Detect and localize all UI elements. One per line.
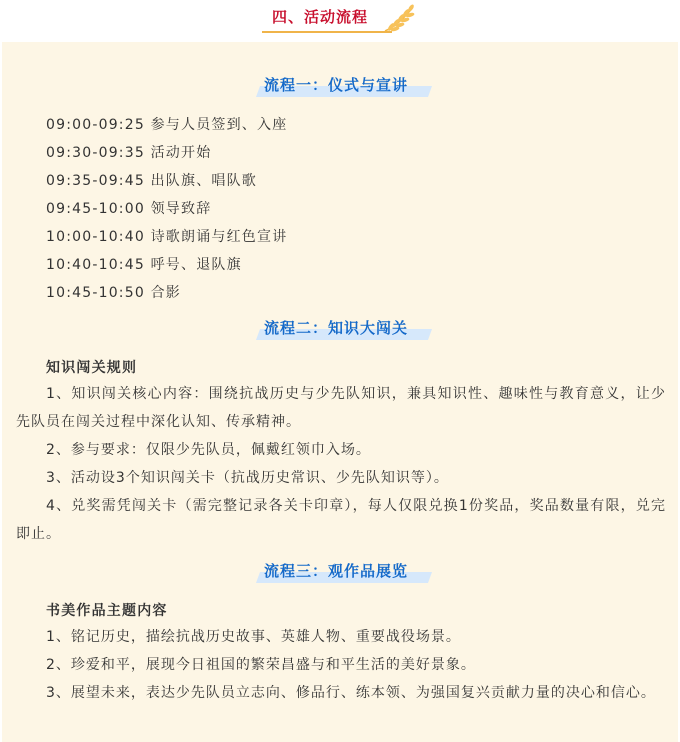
title-underline [262, 31, 392, 33]
section-title: 流程三：观作品展览 [264, 560, 408, 581]
main-title-block: 四、活动流程 [0, 0, 680, 42]
schedule-item: 09:30-09:35 活动开始 [46, 142, 211, 162]
schedule-item: 09:35-09:45 出队旗、唱队歌 [46, 170, 257, 190]
section-heading-1: 流程一：仪式与宣讲 [252, 74, 432, 98]
wheat-icon [383, 3, 417, 33]
main-title: 四、活动流程 [272, 6, 368, 27]
section-heading-3: 流程三：观作品展览 [252, 560, 432, 584]
theme-paragraph: 1、铭记历史，描绘抗战历史故事、英雄人物、重要战役场景。 [16, 623, 666, 651]
section-title: 流程一：仪式与宣讲 [264, 74, 408, 95]
section-title: 流程二：知识大闯关 [264, 317, 408, 338]
schedule-item: 09:00-09:25 参与人员签到、入座 [46, 114, 287, 134]
schedule-item: 10:00-10:40 诗歌朗诵与红色宣讲 [46, 226, 287, 246]
schedule-item: 10:40-10:45 呼号、退队旗 [46, 254, 242, 274]
section-heading-2: 流程二：知识大闯关 [252, 317, 432, 341]
rule-paragraph: 2、参与要求：仅限少先队员，佩戴红领巾入场。 [16, 436, 666, 464]
theme-paragraph: 3、展望未来，表达少先队员立志向、修品行、练本领、为强国复兴贡献力量的决心和信心… [16, 679, 666, 707]
theme-paragraph: 2、珍爱和平，展现今日祖国的繁荣昌盛与和平生活的美好景象。 [16, 651, 666, 679]
schedule-item: 10:45-10:50 合影 [46, 282, 181, 302]
rule-paragraph: 4、兑奖需凭闯关卡（需完整记录各关卡印章），每人仅限兑换1份奖品，奖品数量有限，… [16, 492, 666, 548]
rule-paragraph: 3、活动设3个知识闯关卡（抗战历史常识、少先队知识等）。 [16, 464, 666, 492]
schedule-item: 09:45-10:00 领导致辞 [46, 198, 211, 218]
rules-subtitle: 知识闯关规则 [46, 357, 137, 377]
theme-subtitle: 书美作品主题内容 [46, 600, 168, 620]
content-panel: 流程一：仪式与宣讲 09:00-09:25 参与人员签到、入座 09:30-09… [2, 42, 678, 729]
rule-paragraph: 1、知识闯关核心内容：围绕抗战历史与少先队知识，兼具知识性、趣味性与教育意义，让… [16, 380, 666, 436]
